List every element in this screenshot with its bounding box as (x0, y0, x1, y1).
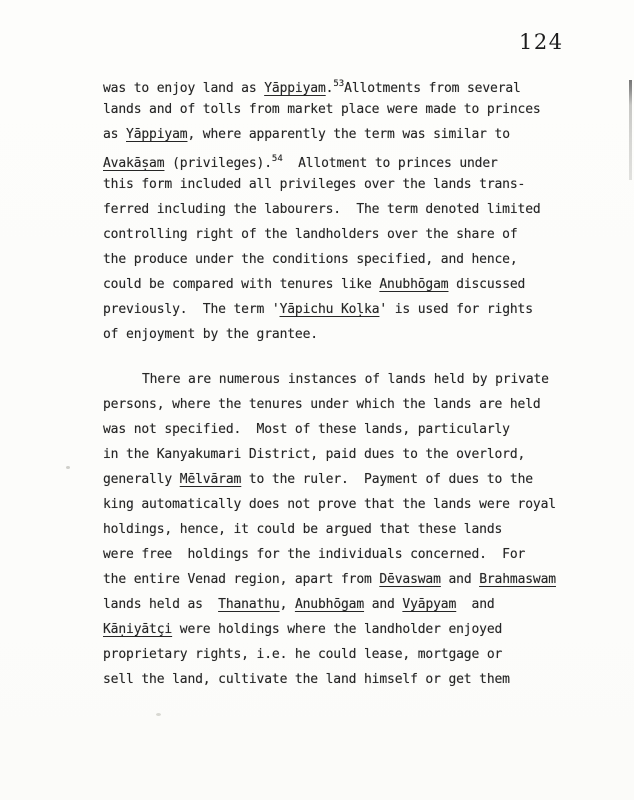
text-run: discussed (448, 277, 525, 292)
text-run: Allotment to princes under (283, 156, 498, 171)
text-line: proprietary rights, i.e. he could lease,… (103, 642, 573, 667)
text-line: persons, where the tenures under which t… (103, 392, 573, 417)
text-run: controlling right of the landholders ove… (103, 227, 518, 242)
underlined-term: Avakāṣam (103, 156, 164, 171)
page-number: 124 (519, 30, 564, 54)
underlined-term: Brahmaswam (479, 572, 556, 587)
text-run: ' is used for rights (379, 302, 533, 317)
text-run: lands held as (103, 597, 218, 612)
text-run: and (456, 597, 494, 612)
underlined-term: Thanathu (218, 597, 279, 612)
footnote-reference: 54 (272, 154, 283, 164)
text-block: was to enjoy land as Yāppiyam.53Allotmen… (103, 72, 573, 692)
text-run: , where apparently the term was similar … (187, 127, 509, 142)
text-line: ferred including the labourers. The term… (103, 197, 573, 222)
text-run: was to enjoy land as (103, 81, 264, 96)
text-line: Avakāṣam (privileges).54 Allotment to pr… (103, 147, 573, 172)
text-line: sell the land, cultivate the land himsel… (103, 667, 573, 692)
paragraph-1: was to enjoy land as Yāppiyam.53Allotmen… (103, 72, 573, 347)
footnote-reference: 53 (333, 79, 344, 89)
text-line: generally Mēlvāram to the ruler. Payment… (103, 467, 573, 492)
text-line: as Yāppiyam, where apparently the term w… (103, 122, 573, 147)
text-run: in the Kanyakumari District, paid dues t… (103, 447, 525, 462)
text-line: lands and of tolls from market place wer… (103, 97, 573, 122)
text-line: was to enjoy land as Yāppiyam.53Allotmen… (103, 72, 573, 97)
text-line: could be compared with tenures like Anub… (103, 272, 573, 297)
text-line: the produce under the conditions specifi… (103, 247, 573, 272)
text-run: persons, where the tenures under which t… (103, 397, 541, 412)
underlined-term: Anubhōgam (295, 597, 364, 612)
text-run: the entire Venad region, apart from (103, 572, 379, 587)
text-run: and (441, 572, 479, 587)
text-run: Allotments from several (344, 81, 521, 96)
text-run: king automatically does not prove that t… (103, 497, 556, 512)
text-line: previously. The term 'Yāpichu Koḷka' is … (103, 297, 573, 322)
text-line: were free holdings for the individuals c… (103, 542, 573, 567)
text-run: were holdings where the landholder enjoy… (172, 622, 502, 637)
underlined-term: Kāṇiyātçi (103, 622, 172, 637)
text-run: as (103, 127, 126, 142)
text-run: and (364, 597, 402, 612)
text-run: was not specified. Most of these lands, … (103, 422, 510, 437)
text-run: There are numerous instances of lands he… (142, 372, 549, 387)
text-line: was not specified. Most of these lands, … (103, 417, 573, 442)
text-run: lands and of tolls from market place wer… (103, 102, 541, 117)
text-line: Kāṇiyātçi were holdings where the landho… (103, 617, 573, 642)
text-run: to the ruler. Payment of dues to the (241, 472, 533, 487)
underlined-term: Yāppiyam (126, 127, 187, 142)
underlined-term: Mēlvāram (180, 472, 241, 487)
text-line: in the Kanyakumari District, paid dues t… (103, 442, 573, 467)
text-run: this form included all privileges over t… (103, 177, 525, 192)
text-run: could be compared with tenures like (103, 277, 379, 292)
scan-speck (66, 466, 70, 469)
text-line: of enjoyment by the grantee. (103, 322, 573, 347)
underlined-term: Anubhōgam (379, 277, 448, 292)
underlined-term: Vyāpyam (402, 597, 456, 612)
text-run: were free holdings for the individuals c… (103, 547, 525, 562)
text-line: lands held as Thanathu, Anubhōgam and Vy… (103, 592, 573, 617)
text-run: previously. The term ' (103, 302, 280, 317)
text-run: proprietary rights, i.e. he could lease,… (103, 647, 502, 662)
text-run: of enjoyment by the grantee. (103, 327, 318, 342)
text-line: the entire Venad region, apart from Dēva… (103, 567, 573, 592)
underlined-term: Yāpichu Koḷka (280, 302, 380, 317)
scan-edge-artifact (629, 80, 632, 180)
document-page: 124 was to enjoy land as Yāppiyam.53Allo… (0, 0, 634, 800)
text-line: holdings, hence, it could be argued that… (103, 517, 573, 542)
text-run: , (280, 597, 295, 612)
text-run: ferred including the labourers. The term… (103, 202, 541, 217)
text-line: There are numerous instances of lands he… (103, 367, 573, 392)
paragraph-2: There are numerous instances of lands he… (103, 367, 573, 692)
text-run: the produce under the conditions specifi… (103, 252, 518, 267)
text-line: king automatically does not prove that t… (103, 492, 573, 517)
text-line: controlling right of the landholders ove… (103, 222, 573, 247)
underlined-term: Dēvaswam (379, 572, 440, 587)
text-line: this form included all privileges over t… (103, 172, 573, 197)
text-run: holdings, hence, it could be argued that… (103, 522, 502, 537)
scan-speck (156, 713, 161, 716)
text-run: (privileges). (164, 156, 271, 171)
text-run: sell the land, cultivate the land himsel… (103, 672, 510, 687)
underlined-term: Yāppiyam (264, 81, 325, 96)
text-run: generally (103, 472, 180, 487)
